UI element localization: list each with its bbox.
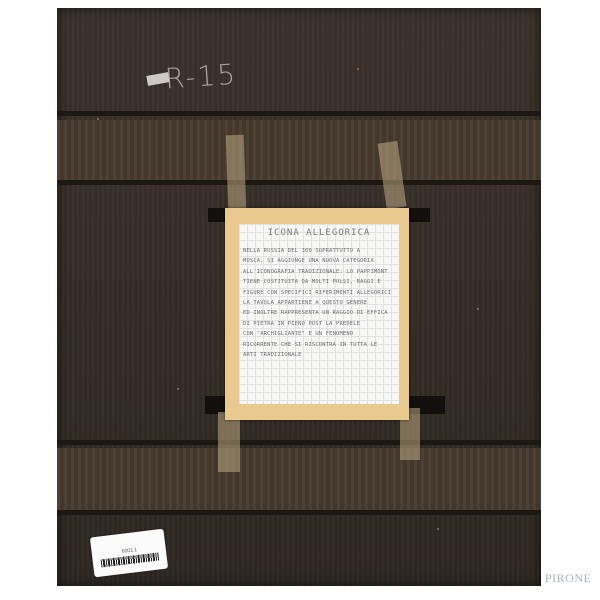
plank-seam xyxy=(57,510,541,515)
label-code: 6001.1 xyxy=(121,547,137,555)
wood-speck xyxy=(357,68,359,70)
barcode-icon xyxy=(101,552,160,567)
tape-strip-bottom-left xyxy=(218,412,240,472)
top-batten xyxy=(57,120,541,180)
wood-speck xyxy=(97,118,99,120)
watermark: PIRONE xyxy=(545,571,591,586)
note-line: DI PIETRA IN PIENO POST LA PREDELE xyxy=(243,319,395,329)
note-line: TIENE COSTITUITA DA MOLTI POLSI, RAGGI E xyxy=(243,277,395,287)
wood-speck xyxy=(177,388,179,390)
wood-speck xyxy=(437,528,439,530)
note-line: NELLA RUSSIA DEL 300 SOPRATTUTTO A xyxy=(243,246,395,256)
note-title: ICONA ALLEGORICA xyxy=(239,228,399,238)
note-line: ED INOLTRE RAPPRESENTA UN RAGGIO DI EFFI… xyxy=(243,308,395,318)
grid-paper: ICONA ALLEGORICA NELLA RUSSIA DEL 300 SO… xyxy=(239,224,399,404)
note-line: ARTI TRADIZIONALE xyxy=(243,350,395,360)
chalk-inscription: R-15 xyxy=(164,58,238,96)
plank-seam xyxy=(57,180,541,185)
note-line: LA TAVOLA APPARTIENE A QUESTO GENERE xyxy=(243,298,395,308)
wood-speck xyxy=(477,308,479,310)
plank-seam xyxy=(57,111,541,116)
note-line: CON "ARCHIGLIANTE" E UN FENOMENO xyxy=(243,329,395,339)
note-line: RICORRENTE CHE SI RISCONTRA IN TUTTA LE xyxy=(243,340,395,350)
handwritten-note: ICONA ALLEGORICA NELLA RUSSIA DEL 300 SO… xyxy=(225,208,409,420)
note-line: FIGURE CON SPECIFICI RIFERIMENTI ALLEGOR… xyxy=(243,288,395,298)
note-line: ALL'ICONOGRAFIA TRADIZIONALE: LO PAPPIMO… xyxy=(243,267,395,277)
tape-strip-top-left xyxy=(226,135,247,211)
note-line: MOSCA, SI AGGIUNGE UNA NUOVA CATEGORIA xyxy=(243,256,395,266)
plank-seam xyxy=(57,440,541,445)
note-text: NELLA RUSSIA DEL 300 SOPRATTUTTO A MOSCA… xyxy=(243,246,395,360)
bottom-batten xyxy=(57,448,541,510)
